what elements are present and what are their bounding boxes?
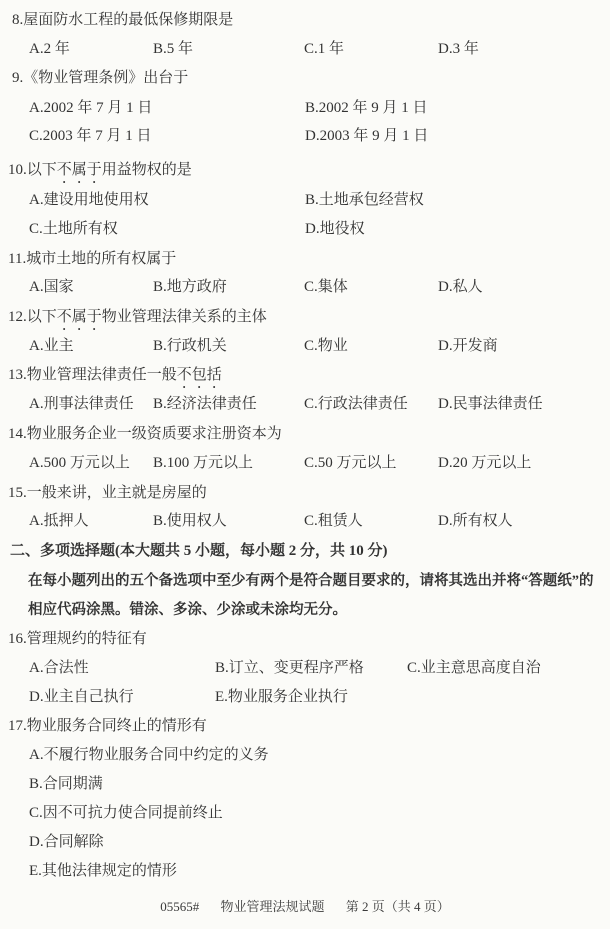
- option-14-b: B.100 万元以上: [153, 452, 253, 474]
- option-17-e: E.其他法律规定的情形: [29, 860, 177, 882]
- option-16-e: E.物业服务企业执行: [215, 686, 348, 708]
- option-10-b: B.土地承包经营权: [305, 189, 424, 211]
- option-13-a: A.刑事法律责任: [29, 393, 134, 415]
- option-17-b: B.合同期满: [29, 773, 103, 795]
- option-17-c: C.因不可抗力使合同提前终止: [29, 802, 223, 824]
- question-9-options-row2: C.2003 年 7 月 1 日 D.2003 年 9 月 1 日: [0, 125, 610, 149]
- option-14-c: C.50 万元以上: [304, 452, 397, 474]
- question-10-stem: 10.以下不属于用益物权的是: [0, 159, 610, 183]
- stem-emphasized-text: 不属于: [57, 309, 102, 325]
- question-14-stem: 14.物业服务企业一级资质要求注册资本为: [0, 423, 610, 447]
- question-17-option-c-row: C.因不可抗力使合同提前终止: [0, 802, 610, 826]
- option-13-d: D.民事法律责任: [438, 393, 543, 415]
- question-12-options: A.业主 B.行政机关 C.物业 D.开发商: [0, 335, 610, 359]
- option-11-b: B.地方政府: [153, 276, 227, 298]
- question-17-option-e-row: E.其他法律规定的情形: [0, 860, 610, 884]
- option-11-a: A.国家: [29, 276, 74, 298]
- paper-title: 物业管理法规试题: [220, 896, 324, 915]
- option-8-c: C.1 年: [304, 38, 344, 60]
- question-17-option-d-row: D.合同解除: [0, 831, 610, 855]
- question-15-stem: 15.一般来讲，业主就是房屋的: [0, 482, 610, 506]
- question-10-options-row2: C.土地所有权 D.地役权: [0, 218, 610, 242]
- exam-page: 8.屋面防水工程的最低保修期限是 A.2 年 B.5 年 C.1 年 D.3 年…: [0, 0, 610, 929]
- question-16-options-row1: A.合法性 B.订立、变更程序严格 C.业主意思高度自治: [0, 657, 610, 681]
- option-17-d: D.合同解除: [29, 831, 104, 853]
- stem-text: 物业管理法律关系的主体: [102, 309, 267, 325]
- question-11-stem: 11.城市土地的所有权属于: [0, 248, 610, 272]
- stem-emphasized-text: 不属于: [57, 162, 102, 178]
- option-16-d: D.业主自己执行: [29, 686, 134, 708]
- question-8-stem: 8.屋面防水工程的最低保修期限是: [0, 9, 610, 33]
- option-11-d: D.私人: [438, 276, 483, 298]
- option-14-a: A.500 万元以上: [29, 452, 130, 474]
- option-16-c: C.业主意思高度自治: [407, 657, 541, 679]
- option-17-a: A.不履行物业服务合同中约定的义务: [29, 744, 269, 766]
- option-9-b: B.2002 年 9 月 1 日: [305, 97, 428, 119]
- question-14-options: A.500 万元以上 B.100 万元以上 C.50 万元以上 D.20 万元以…: [0, 452, 610, 476]
- option-11-c: C.集体: [304, 276, 348, 298]
- option-9-d: D.2003 年 9 月 1 日: [305, 125, 428, 147]
- page-footer: 05565# 物业管理法规试题 第 2 页（共 4 页）: [0, 896, 610, 915]
- question-17-stem: 17.物业服务合同终止的情形有: [0, 715, 610, 739]
- stem-text: 13.物业管理法律责任一般: [8, 367, 177, 383]
- stem-text: 用益物权的是: [102, 162, 192, 178]
- question-16-options-row2: D.业主自己执行 E.物业服务企业执行: [0, 686, 610, 710]
- question-15-options: A.抵押人 B.使用权人 C.租赁人 D.所有权人: [0, 510, 610, 534]
- section-2-heading: 二、多项选择题(本大题共 5 小题，每小题 2 分，共 10 分): [0, 540, 610, 564]
- option-16-a: A.合法性: [29, 657, 89, 679]
- option-8-a: A.2 年: [29, 38, 70, 60]
- question-16-stem: 16.管理规约的特征有: [0, 628, 610, 652]
- question-13-stem: 13.物业管理法律责任一般不包括: [0, 364, 610, 388]
- option-10-d: D.地役权: [305, 218, 365, 240]
- section-2-instruction-line1: 在每小题列出的五个备选项中至少有两个是符合题目要求的，请将其选出并将“答题纸”的: [0, 570, 610, 594]
- option-12-c: C.物业: [304, 335, 348, 357]
- option-10-a: A.建设用地使用权: [29, 189, 149, 211]
- section-2-instruction-line2: 相应代码涂黑。错涂、多涂、少涂或未涂均无分。: [0, 599, 610, 623]
- question-9-stem: 9.《物业管理条例》出台于: [0, 67, 610, 91]
- option-10-c: C.土地所有权: [29, 218, 118, 240]
- question-17-option-b-row: B.合同期满: [0, 773, 610, 797]
- option-16-b: B.订立、变更程序严格: [215, 657, 364, 679]
- option-8-b: B.5 年: [153, 38, 193, 60]
- stem-text: 10.以下: [8, 162, 57, 178]
- option-8-d: D.3 年: [438, 38, 479, 60]
- question-17-option-a-row: A.不履行物业服务合同中约定的义务: [0, 744, 610, 768]
- option-9-a: A.2002 年 7 月 1 日: [29, 97, 152, 119]
- question-13-options: A.刑事法律责任 B.经济法律责任 C.行政法律责任 D.民事法律责任: [0, 393, 610, 417]
- option-15-d: D.所有权人: [438, 510, 513, 532]
- option-9-c: C.2003 年 7 月 1 日: [29, 125, 152, 147]
- option-12-b: B.行政机关: [153, 335, 227, 357]
- question-10-options-row1: A.建设用地使用权 B.土地承包经营权: [0, 189, 610, 213]
- question-8-options: A.2 年 B.5 年 C.1 年 D.3 年: [0, 38, 610, 62]
- stem-text: 12.以下: [8, 309, 57, 325]
- question-9-options-row1: A.2002 年 7 月 1 日 B.2002 年 9 月 1 日: [0, 97, 610, 121]
- paper-code: 05565#: [160, 899, 199, 915]
- option-12-d: D.开发商: [438, 335, 498, 357]
- option-12-a: A.业主: [29, 335, 74, 357]
- option-13-c: C.行政法律责任: [304, 393, 408, 415]
- question-12-stem: 12.以下不属于物业管理法律关系的主体: [0, 306, 610, 330]
- question-11-options: A.国家 B.地方政府 C.集体 D.私人: [0, 276, 610, 300]
- option-14-d: D.20 万元以上: [438, 452, 531, 474]
- page-number-info: 第 2 页（共 4 页）: [346, 896, 450, 915]
- option-15-c: C.租赁人: [304, 510, 363, 532]
- option-13-b: B.经济法律责任: [153, 393, 257, 415]
- option-15-b: B.使用权人: [153, 510, 227, 532]
- stem-emphasized-text: 不包括: [177, 367, 222, 383]
- option-15-a: A.抵押人: [29, 510, 89, 532]
